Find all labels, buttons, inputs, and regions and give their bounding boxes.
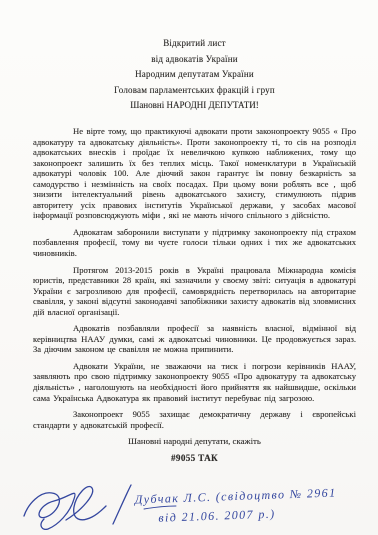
letter-body: Не вірте тому, що практикуючі адвокати п… [33,126,356,430]
paragraph: Адвокати України, не зважаючи на тиск і … [33,361,356,403]
paragraph: Адвокатів позбавляли професії за наявніс… [33,323,356,355]
signature-name-text: Дубчак Л.С. (свідоцтво № 2961 [133,485,336,506]
paragraph: Законопроект 9055 захищає демократичну д… [33,409,356,430]
letter-addressee-line-2: Головам парламентських фракцій і груп [33,83,356,99]
signature-text-group: Дубчак Л.С. (свідоцтво № 2961 від 21.06.… [133,485,337,525]
letter-from-line: від адвокатів України [33,52,356,68]
signature-date-text: від 21.06. 2007 р.) [158,507,276,525]
letter-title: Відкритий лист [33,36,356,52]
scanned-letter-page: Відкритий лист від адвокатів України Нар… [0,0,378,535]
closing-line: Шановні народні депутати, скажіть [33,436,356,447]
salutation: Шановні НАРОДНІ ДЕПУТАТИ! [33,98,356,114]
hashtag-line: #9055 ТАК [33,453,356,463]
letter-addressee-line: Народним депутатам України [33,67,356,83]
paragraph: Протягом 2013-2015 років в Україні працю… [33,265,356,318]
paragraph: Адвокатам заборонили виступати у підтрим… [33,227,356,259]
paragraph: Не вірте тому, що практикуючі адвокати п… [33,126,356,221]
signature-block: Дубчак Л.С. (свідоцтво № 2961 від 21.06.… [16,478,368,534]
